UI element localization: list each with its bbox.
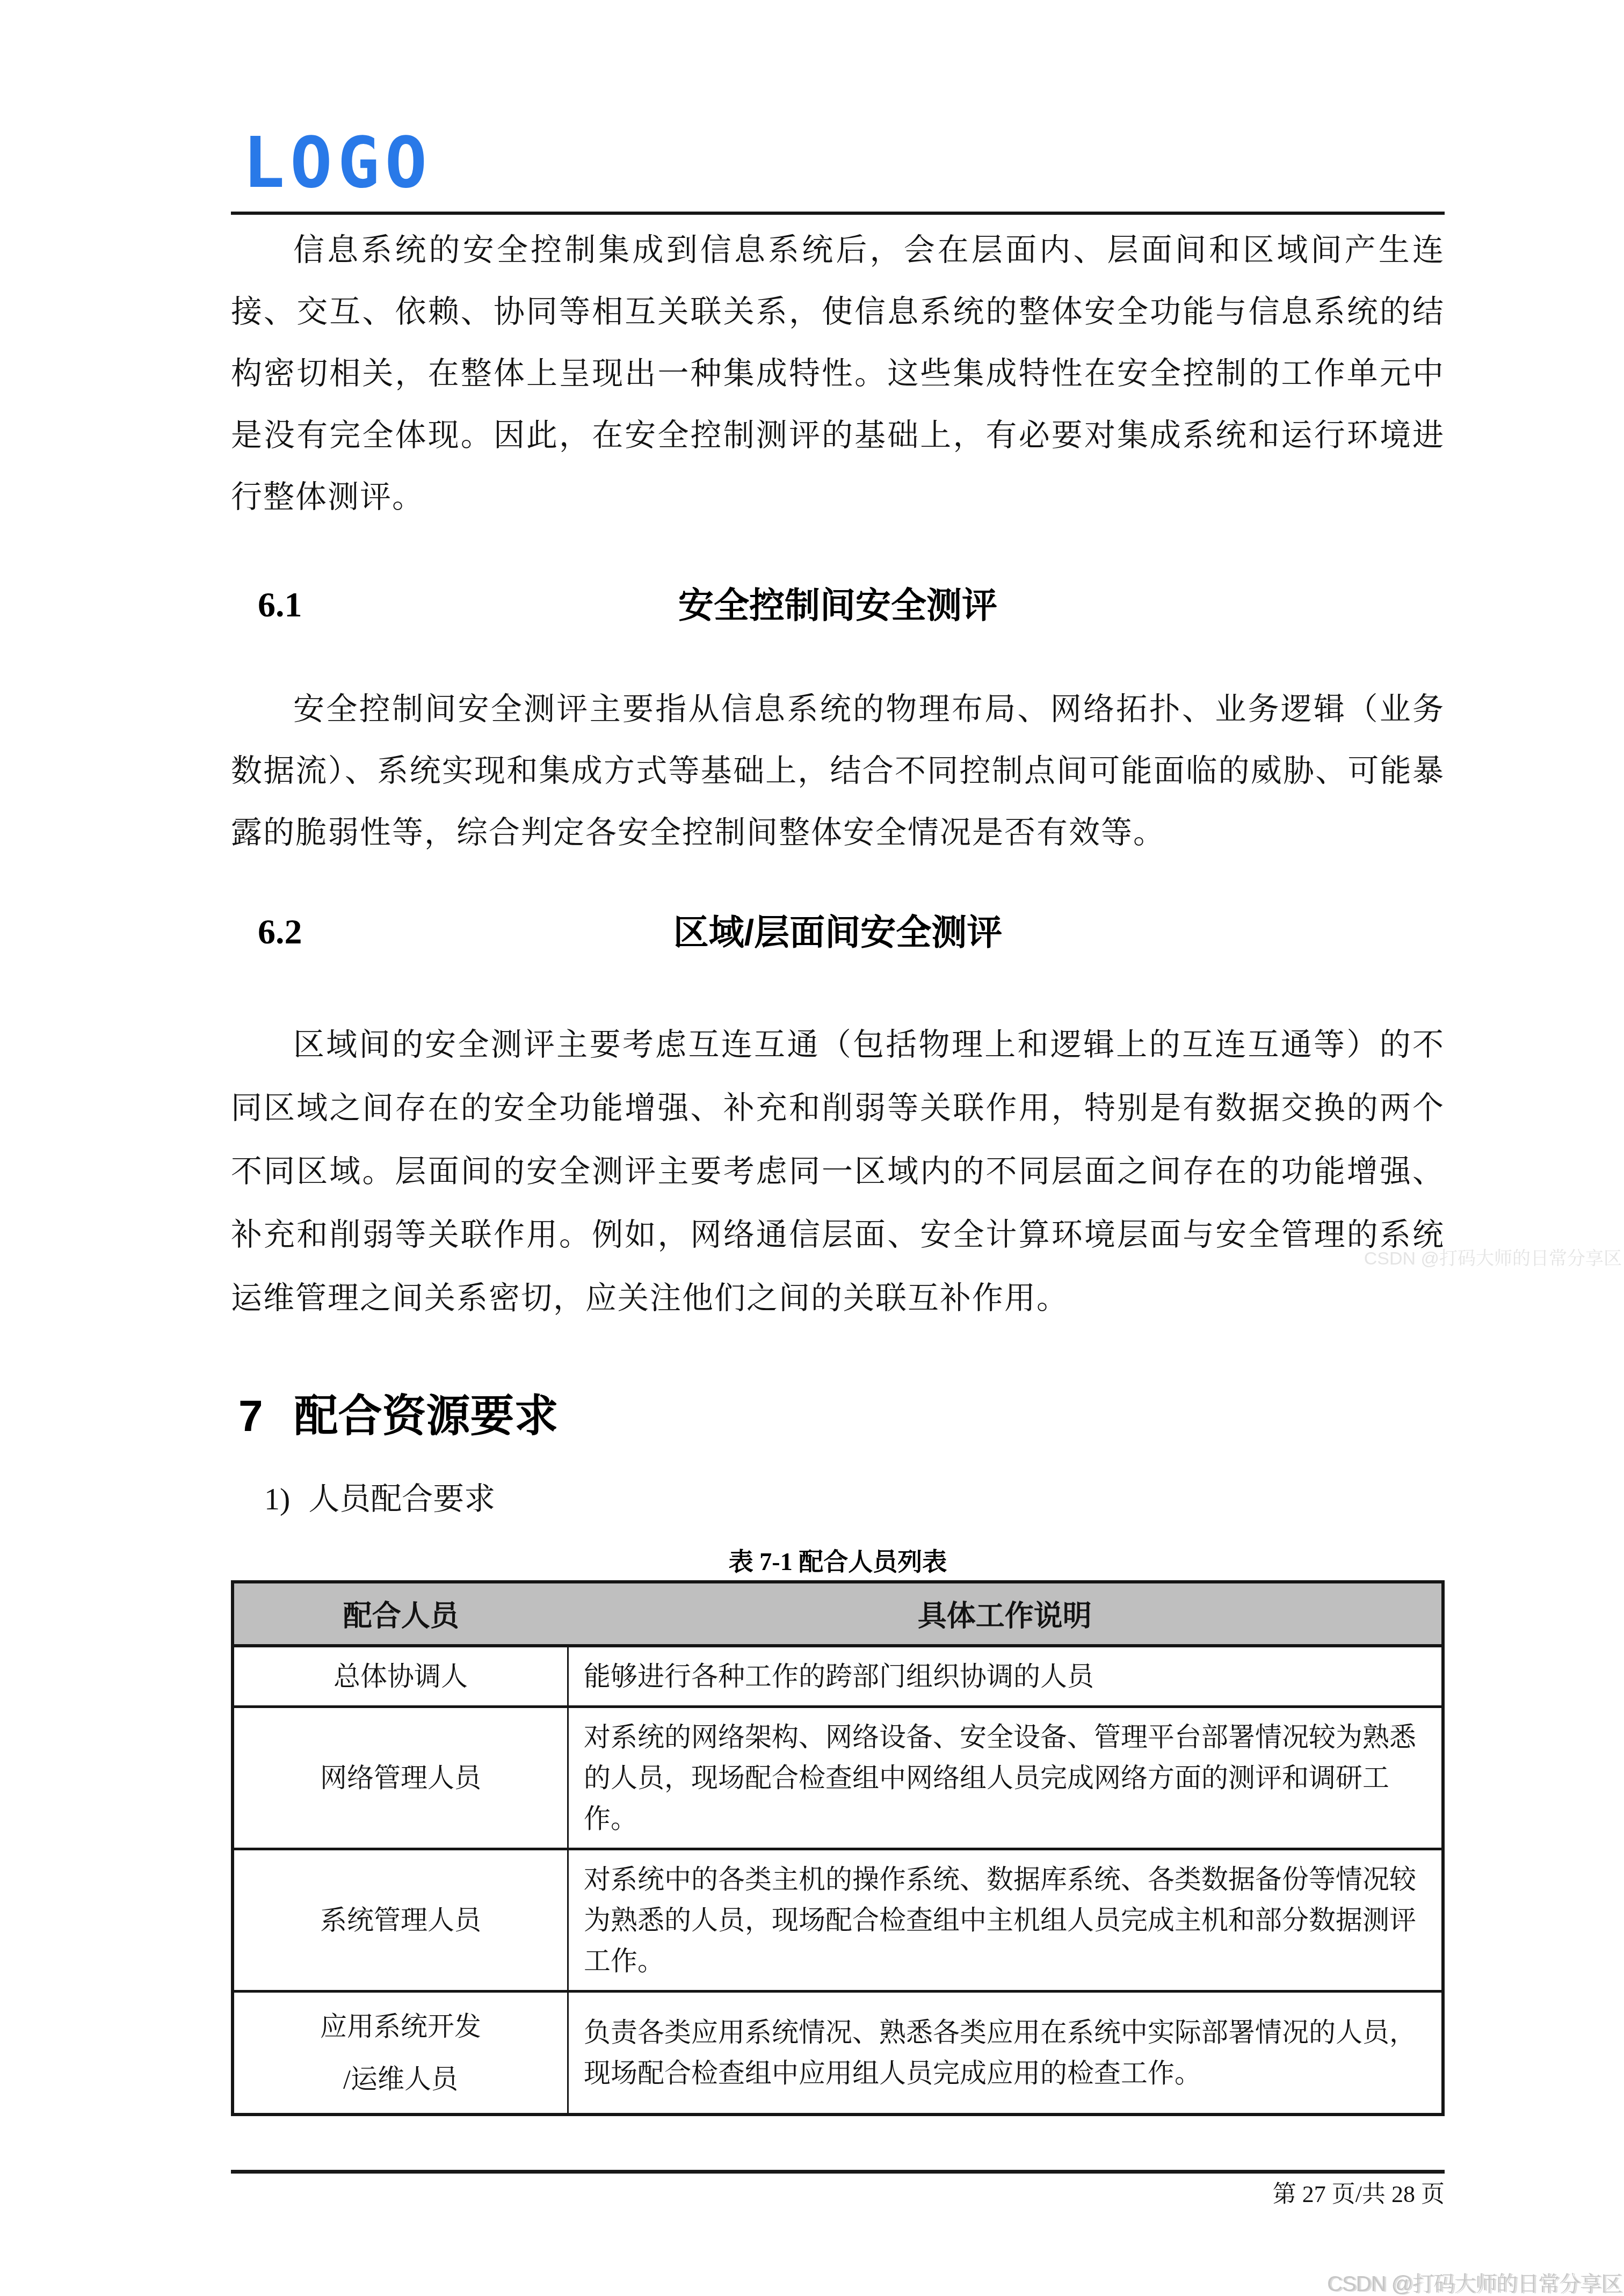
table-header-row: 配合人员 具体工作说明 bbox=[233, 1582, 1443, 1646]
role-line-2: /运维人员 bbox=[240, 2053, 562, 2105]
role-cell: 系统管理人员 bbox=[233, 1849, 568, 1992]
role-cell: 应用系统开发 /运维人员 bbox=[233, 1992, 568, 2115]
role-line-1: 应用系统开发 bbox=[240, 2000, 562, 2053]
header-cell-description: 具体工作说明 bbox=[568, 1582, 1444, 1646]
page-content: LOGO 信息系统的安全控制集成到信息系统后，会在层面内、层面间和区域间产生连接… bbox=[231, 0, 1445, 2208]
section-6-1-heading: 6.1 安全控制间安全测评 bbox=[231, 586, 1445, 624]
footer-divider bbox=[231, 2170, 1445, 2174]
company-logo: LOGO bbox=[243, 128, 1445, 198]
section-6-2-number: 6.2 bbox=[258, 913, 302, 951]
section-6-1-title: 安全控制间安全测评 bbox=[678, 585, 997, 625]
section-7-title: 配合资源要求 bbox=[294, 1392, 559, 1441]
section-6-1-paragraph: 安全控制间安全测评主要指从信息系统的物理布局、网络拓扑、业务逻辑（业务数据流）、… bbox=[231, 678, 1445, 863]
description-cell: 对系统的网络架构、网络设备、安全设备、管理平台部署情况较为熟悉的人员，现场配合检… bbox=[568, 1707, 1444, 1849]
table-caption: 表 7-1 配合人员列表 bbox=[231, 1548, 1445, 1576]
list-item-text: 人员配合要求 bbox=[308, 1481, 495, 1516]
section-6-2-heading: 6.2 区域/层面间安全测评 bbox=[231, 913, 1445, 951]
section-6-2-paragraph: 区域间的安全测评主要考虑互连互通（包括物理上和逻辑上的互连互通等）的不同区域之间… bbox=[231, 1013, 1445, 1330]
header-cell-role: 配合人员 bbox=[233, 1582, 568, 1646]
role-cell: 总体协调人 bbox=[233, 1646, 568, 1707]
table-row: 总体协调人 能够进行各种工作的跨部门组织协调的人员 bbox=[233, 1646, 1443, 1707]
description-cell: 对系统中的各类主机的操作系统、数据库系统、各类数据备份等情况较为熟悉的人员，现场… bbox=[568, 1849, 1444, 1992]
personnel-table: 配合人员 具体工作说明 总体协调人 能够进行各种工作的跨部门组织协调的人员 网络… bbox=[231, 1580, 1445, 2116]
intro-paragraph: 信息系统的安全控制集成到信息系统后，会在层面内、层面间和区域间产生连接、交互、依… bbox=[231, 219, 1445, 528]
table-row: 网络管理人员 对系统的网络架构、网络设备、安全设备、管理平台部署情况较为熟悉的人… bbox=[233, 1707, 1443, 1849]
table-row: 系统管理人员 对系统中的各类主机的操作系统、数据库系统、各类数据备份等情况较为熟… bbox=[233, 1849, 1443, 1992]
section-6-1-number: 6.1 bbox=[258, 586, 302, 624]
list-item-marker: 1) bbox=[264, 1481, 290, 1516]
watermark-bottom: CSDN @打码大师的日常分享区 bbox=[1327, 2267, 1622, 2296]
list-item-personnel: 1)人员配合要求 bbox=[231, 1483, 1445, 1516]
section-7-number: 7 bbox=[238, 1392, 263, 1441]
header-divider bbox=[231, 212, 1445, 215]
section-7-heading: 7配合资源要求 bbox=[231, 1393, 1445, 1440]
page-number: 第 27 页/共 28 页 bbox=[231, 2181, 1445, 2208]
description-cell: 负责各类应用系统情况、熟悉各类应用在系统中实际部署情况的人员，现场配合检查组中应… bbox=[568, 1992, 1444, 2115]
role-cell: 网络管理人员 bbox=[233, 1707, 568, 1849]
table-row: 应用系统开发 /运维人员 负责各类应用系统情况、熟悉各类应用在系统中实际部署情况… bbox=[233, 1992, 1443, 2115]
section-6-2-title: 区域/层面间安全测评 bbox=[673, 912, 1002, 952]
description-cell: 能够进行各种工作的跨部门组织协调的人员 bbox=[568, 1646, 1444, 1707]
